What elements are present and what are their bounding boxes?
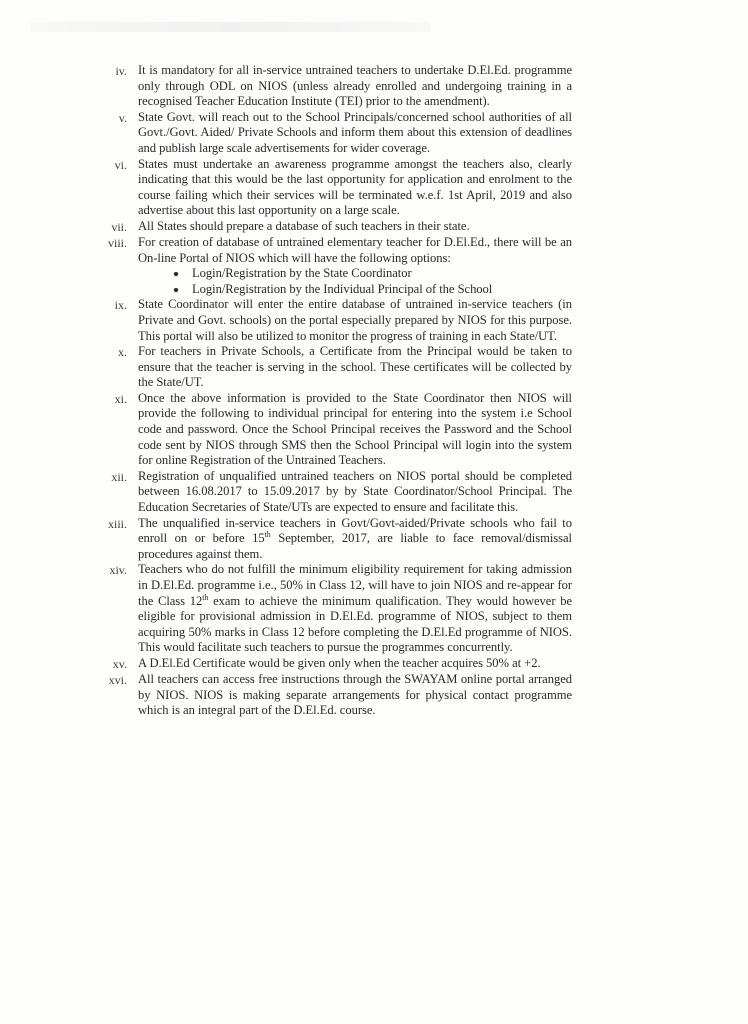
list-item-iv: iv. It is mandatory for all in-service u… [110, 63, 572, 110]
list-item-viii: viii. For creation of database of untrai… [110, 235, 572, 297]
item-number: xi. [98, 391, 138, 407]
list-item-xii: xii. Registration of unqualified untrain… [110, 469, 572, 516]
item-text: Teachers who do not fulfill the minimum … [138, 562, 572, 656]
item-text: For teachers in Private Schools, a Certi… [138, 344, 572, 391]
item-text: Once the above information is provided t… [138, 391, 572, 469]
item-number: iv. [98, 63, 138, 79]
item-number: xv. [98, 656, 138, 672]
item-text: A D.El.Ed Certificate would be given onl… [138, 656, 572, 672]
item-text: States must undertake an awareness progr… [138, 157, 572, 219]
item-text: For creation of database of untrained el… [138, 235, 572, 266]
item-text: Registration of unqualified untrained te… [138, 469, 572, 516]
item-number: vii. [98, 219, 138, 235]
item-number: xiii. [98, 516, 138, 532]
list-item-xv: xv. A D.El.Ed Certificate would be given… [110, 656, 572, 672]
list-item-xiii: xiii. The unqualified in-service teacher… [110, 516, 572, 563]
list-item-xiv: xiv. Teachers who do not fulfill the min… [110, 562, 572, 656]
item-text-container: For creation of database of untrained el… [138, 235, 572, 297]
list-item-vii: vii. All States should prepare a databas… [110, 219, 572, 235]
item-number: vi. [98, 157, 138, 173]
item-number: xvi. [98, 672, 138, 688]
item-number: viii. [98, 235, 138, 251]
portal-options-list: Login/Registration by the State Coordina… [138, 266, 572, 297]
scan-bleed-through [30, 22, 430, 32]
list-item-xi: xi. Once the above information is provid… [110, 391, 572, 469]
bullet-item: Login/Registration by the Individual Pri… [172, 282, 572, 298]
list-item-xvi: xvi. All teachers can access free instru… [110, 672, 572, 719]
document-page: iv. It is mandatory for all in-service u… [110, 63, 572, 719]
item-text: State Govt. will reach out to the School… [138, 110, 572, 157]
bullet-item: Login/Registration by the State Coordina… [172, 266, 572, 282]
list-item-ix: ix. State Coordinator will enter the ent… [110, 297, 572, 344]
list-item-v: v. State Govt. will reach out to the Sch… [110, 110, 572, 157]
item-number: x. [98, 344, 138, 360]
item-text: All teachers can access free instruction… [138, 672, 572, 719]
item-text: The unqualified in-service teachers in G… [138, 516, 572, 563]
list-item-vi: vi. States must undertake an awareness p… [110, 157, 572, 219]
item-text: State Coordinator will enter the entire … [138, 297, 572, 344]
item-number: xiv. [98, 562, 138, 578]
list-item-x: x. For teachers in Private Schools, a Ce… [110, 344, 572, 391]
item-number: v. [98, 110, 138, 126]
item-text: It is mandatory for all in-service untra… [138, 63, 572, 110]
item-text-part: exam to achieve the minimum qualificatio… [138, 594, 572, 655]
item-text: All States should prepare a database of … [138, 219, 572, 235]
item-number: ix. [98, 297, 138, 313]
item-number: xii. [98, 469, 138, 485]
